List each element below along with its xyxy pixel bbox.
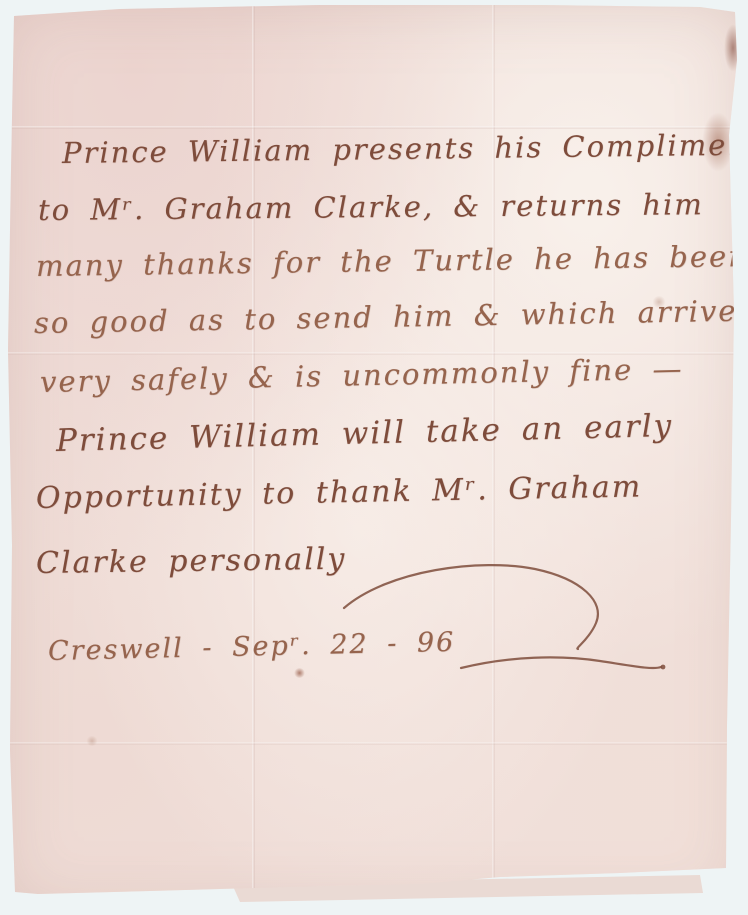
- letter-line: Prince William will take an early: [56, 408, 674, 459]
- pen-flourish-dateline: [455, 648, 670, 684]
- letter-line: Opportunity to thank Mʳ. Graham: [36, 469, 643, 516]
- letter-line: to Mʳ. Graham Clarke, & returns him: [38, 187, 704, 227]
- fox-spot-bottom: [86, 736, 98, 746]
- letter-line: very safely & is uncommonly fine —: [40, 352, 684, 399]
- ink-smudge-top-right: [724, 24, 742, 72]
- letter-line: Clarke personally: [36, 542, 347, 581]
- letter-line: so good as to send him & which arrived: [34, 293, 748, 340]
- scanned-letter-photo: Prince William presents his Compliments …: [0, 0, 748, 915]
- letter-paper: Prince William presents his Compliments …: [0, 0, 748, 915]
- letter-line: many thanks for the Turtle he has been: [36, 239, 748, 283]
- fox-spot-near-date: [294, 668, 305, 678]
- letter-line: Prince William presents his Compliments: [62, 127, 748, 170]
- fold-crease-horizontal-bottom: [0, 742, 748, 745]
- letter-dateline: Creswell - Sepʳ. 22 - 96: [48, 627, 456, 667]
